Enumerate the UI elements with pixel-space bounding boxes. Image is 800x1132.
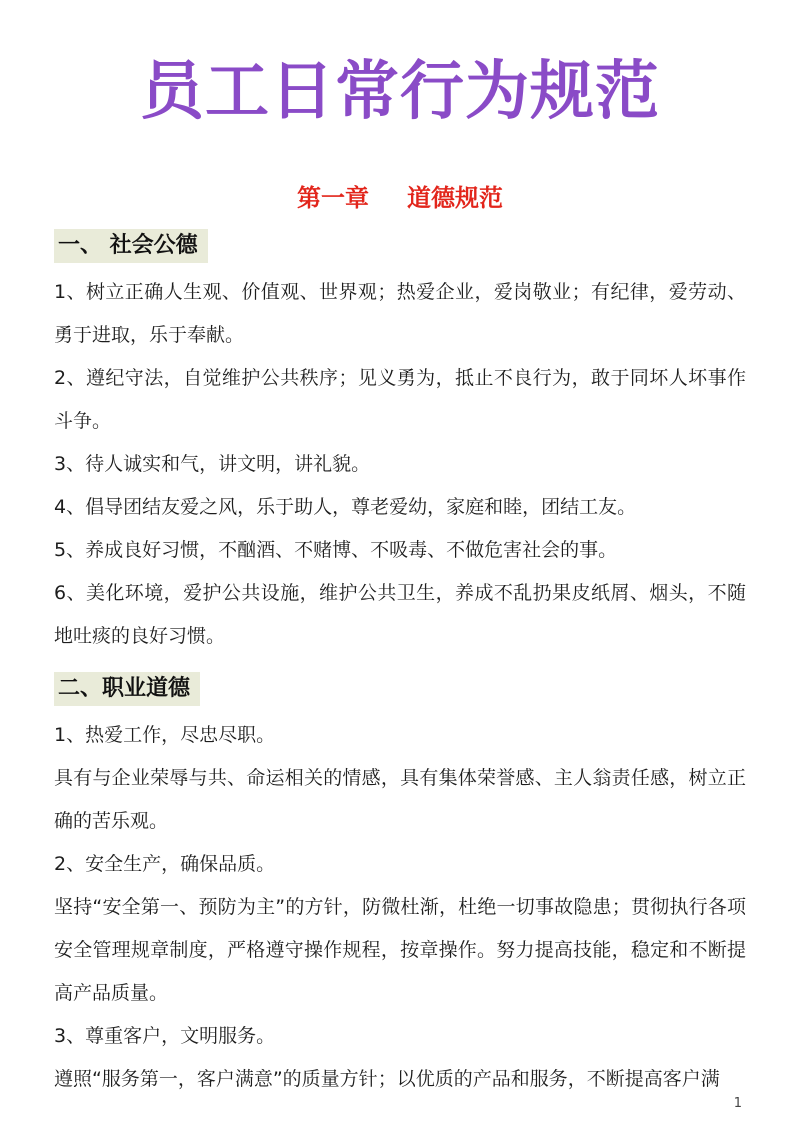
paragraph-ethics-1: 1、热爱工作，尽忠尽职。 bbox=[54, 714, 746, 757]
paragraph-social-4: 4、倡导团结友爱之风，乐于助人，尊老爱幼，家庭和睦，团结工友。 bbox=[54, 486, 746, 529]
document-body: 一、 社会公德 1、树立正确人生观、价值观、世界观；热爱企业，爱岗敬业；有纪律，… bbox=[54, 229, 746, 1101]
page-number: 1 bbox=[734, 1096, 742, 1111]
paragraph-social-3: 3、待人诚实和气，讲文明，讲礼貌。 bbox=[54, 443, 746, 486]
paragraph-ethics-4: 坚持“安全第一、预防为主”的方针，防微杜渐，杜绝一切事故隐患；贯彻执行各项安全管… bbox=[54, 886, 746, 1015]
paragraph-social-6: 6、美化环境，爱护公共设施，维护公共卫生，养成不乱扔果皮纸屑、烟头，不随地吐痰的… bbox=[54, 572, 746, 658]
section-professional-ethics-heading: 二、职业道德 bbox=[54, 672, 200, 706]
chapter-name: 道德规范 bbox=[407, 184, 503, 212]
chapter-heading: 第一章道德规范 bbox=[0, 184, 800, 213]
paragraph-ethics-2: 具有与企业荣辱与共、命运相关的情感，具有集体荣誉感、主人翁责任感，树立正确的苦乐… bbox=[54, 757, 746, 843]
chapter-number: 第一章 bbox=[297, 184, 369, 212]
paragraph-social-2: 2、遵纪守法，自觉维护公共秩序；见义勇为，抵止不良行为，敢于同坏人坏事作斗争。 bbox=[54, 357, 746, 443]
section-professional-ethics-heading-row: 二、职业道德 bbox=[54, 672, 746, 706]
paragraph-ethics-3: 2、安全生产，确保品质。 bbox=[54, 843, 746, 886]
paragraph-social-1: 1、树立正确人生观、价值观、世界观；热爱企业，爱岗敬业；有纪律，爱劳动、勇于进取… bbox=[54, 271, 746, 357]
document-page: 员工日常行为规范 第一章道德规范 一、 社会公德 1、树立正确人生观、价值观、世… bbox=[0, 0, 800, 1132]
section-social-morals-heading-row: 一、 社会公德 bbox=[54, 229, 746, 263]
paragraph-ethics-5: 3、尊重客户，文明服务。 bbox=[54, 1015, 746, 1058]
document-title: 员工日常行为规范 bbox=[0, 52, 800, 134]
paragraph-social-5: 5、养成良好习惯，不酗酒、不赌博、不吸毒、不做危害社会的事。 bbox=[54, 529, 746, 572]
paragraph-ethics-6: 遵照“服务第一，客户满意”的质量方针；以优质的产品和服务，不断提高客户满 bbox=[54, 1058, 746, 1101]
section-social-morals-heading: 一、 社会公德 bbox=[54, 229, 208, 263]
